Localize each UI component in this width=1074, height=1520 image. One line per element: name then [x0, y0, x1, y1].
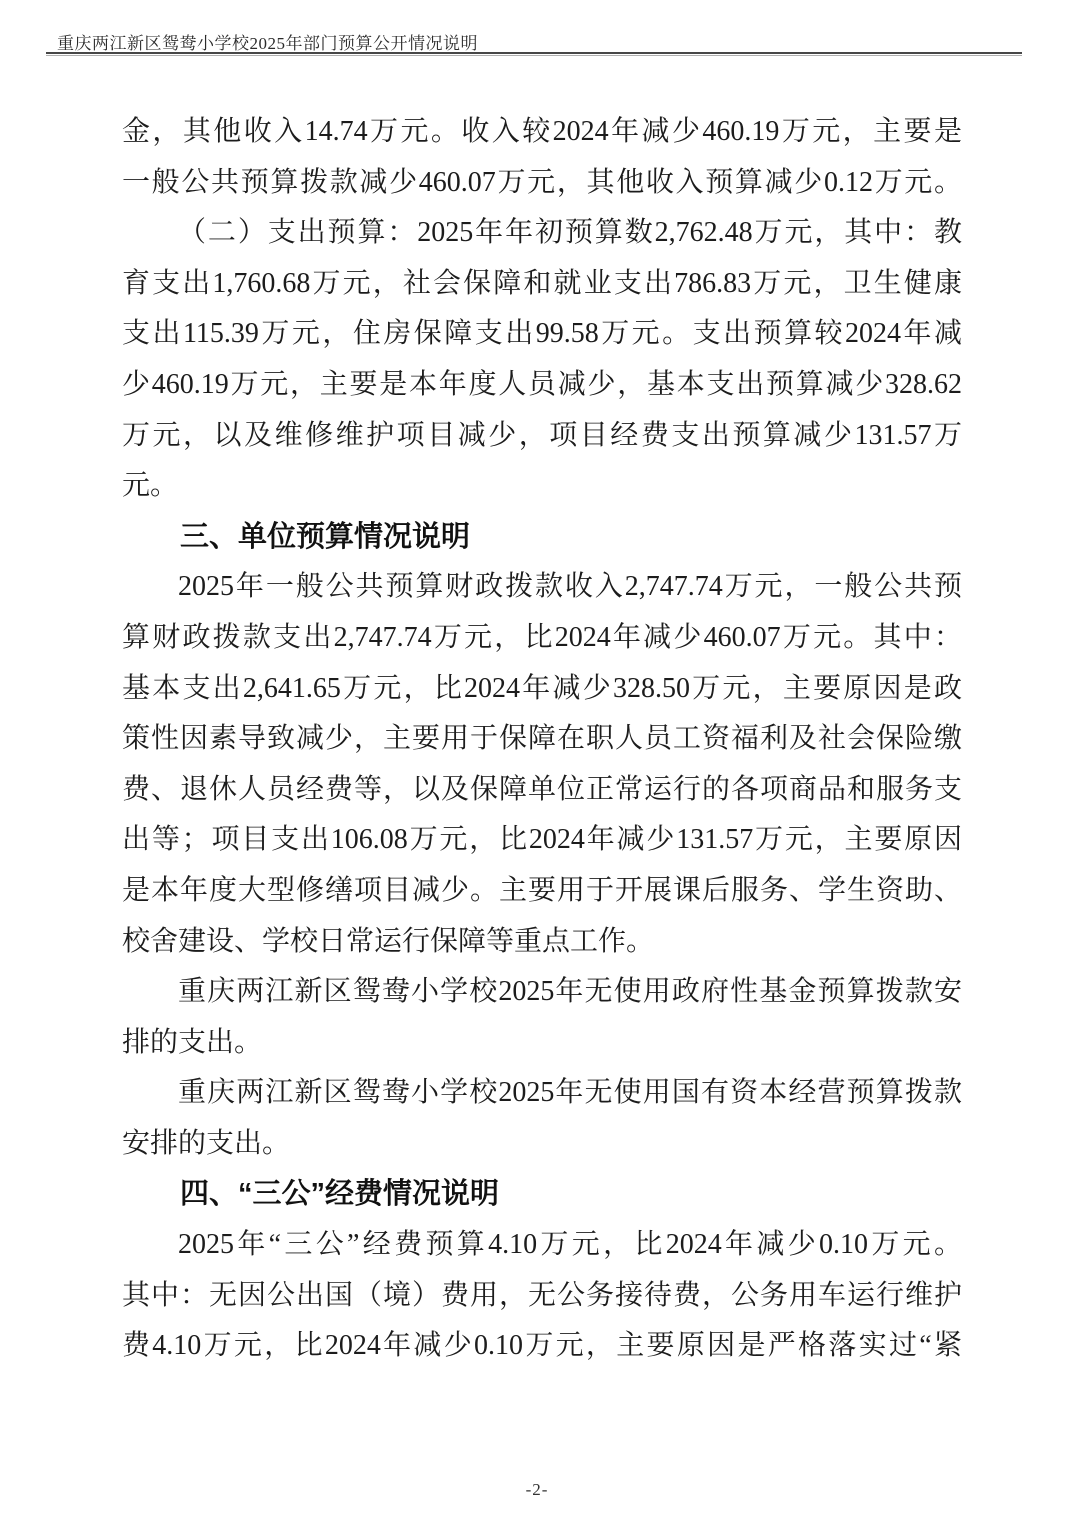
text-line: 是本年度大型修缮项目减少。主要用于开展课后服务、学生资助、 — [122, 866, 962, 917]
header-rule-divider — [46, 52, 1022, 56]
document-page: 重庆两江新区鸳鸯小学校2025年部门预算公开情况说明 金，其他收入14.74万元… — [0, 0, 1074, 1520]
text-line: 基本支出2,641.65万元，比2024年减少328.50万元，主要原因是政 — [122, 664, 962, 715]
text-line: 费、退休人员经费等，以及保障单位正常运行的各项商品和服务支 — [122, 765, 962, 816]
text-line: 费4.10万元，比2024年减少0.10万元，主要原因是严格落实过“紧 — [122, 1321, 962, 1372]
text-line: 支出115.39万元，住房保障支出99.58万元。支出预算较2024年减 — [122, 309, 962, 360]
text-line: 一般公共预算拨款减少460.07万元，其他收入预算减少0.12万元。 — [122, 158, 962, 209]
text-line: 万元，以及维修维护项目减少，项目经费支出预算减少131.57万 — [122, 411, 962, 462]
text-line: 安排的支出。 — [122, 1119, 962, 1170]
text-line: 排的支出。 — [122, 1018, 962, 1069]
page-footer: -2- — [0, 1480, 1074, 1500]
page-header-title: 重庆两江新区鸳鸯小学校2025年部门预算公开情况说明 — [57, 29, 478, 54]
text-line: 重庆两江新区鸳鸯小学校2025年无使用国有资本经营预算拨款 — [122, 1068, 962, 1119]
text-line: 2025年“三公”经费预算4.10万元，比2024年减少0.10万元。 — [122, 1220, 962, 1271]
text-line: 重庆两江新区鸳鸯小学校2025年无使用政府性基金预算拨款安 — [122, 967, 962, 1018]
text-line: 少460.19万元，主要是本年度人员减少，基本支出预算减少328.62 — [122, 360, 962, 411]
text-line: 算财政拨款支出2,747.74万元，比2024年减少460.07万元。其中： — [122, 613, 962, 664]
text-line: 其中：无因公出国（境）费用，无公务接待费，公务用车运行维护 — [122, 1271, 962, 1322]
text-line: 金，其他收入14.74万元。收入较2024年减少460.19万元，主要是 — [122, 107, 962, 158]
section-heading: 三、单位预算情况说明 — [122, 512, 962, 563]
document-body: 金，其他收入14.74万元。收入较2024年减少460.19万元，主要是一般公共… — [122, 107, 962, 1372]
text-line: 出等；项目支出106.08万元，比2024年减少131.57万元，主要原因 — [122, 815, 962, 866]
text-line: 校舍建设、学校日常运行保障等重点工作。 — [122, 917, 962, 968]
text-line: 2025年一般公共预算财政拨款收入2,747.74万元，一般公共预 — [122, 562, 962, 613]
text-line: 策性因素导致减少，主要用于保障在职人员工资福利及社会保险缴 — [122, 714, 962, 765]
page-number: -2- — [526, 1480, 549, 1499]
section-heading: 四、“三公”经费情况说明 — [122, 1169, 962, 1220]
text-line: （二）支出预算：2025年年初预算数2,762.48万元，其中：教 — [122, 208, 962, 259]
text-line: 元。 — [122, 461, 962, 512]
text-line: 育支出1,760.68万元，社会保障和就业支出786.83万元，卫生健康 — [122, 259, 962, 310]
